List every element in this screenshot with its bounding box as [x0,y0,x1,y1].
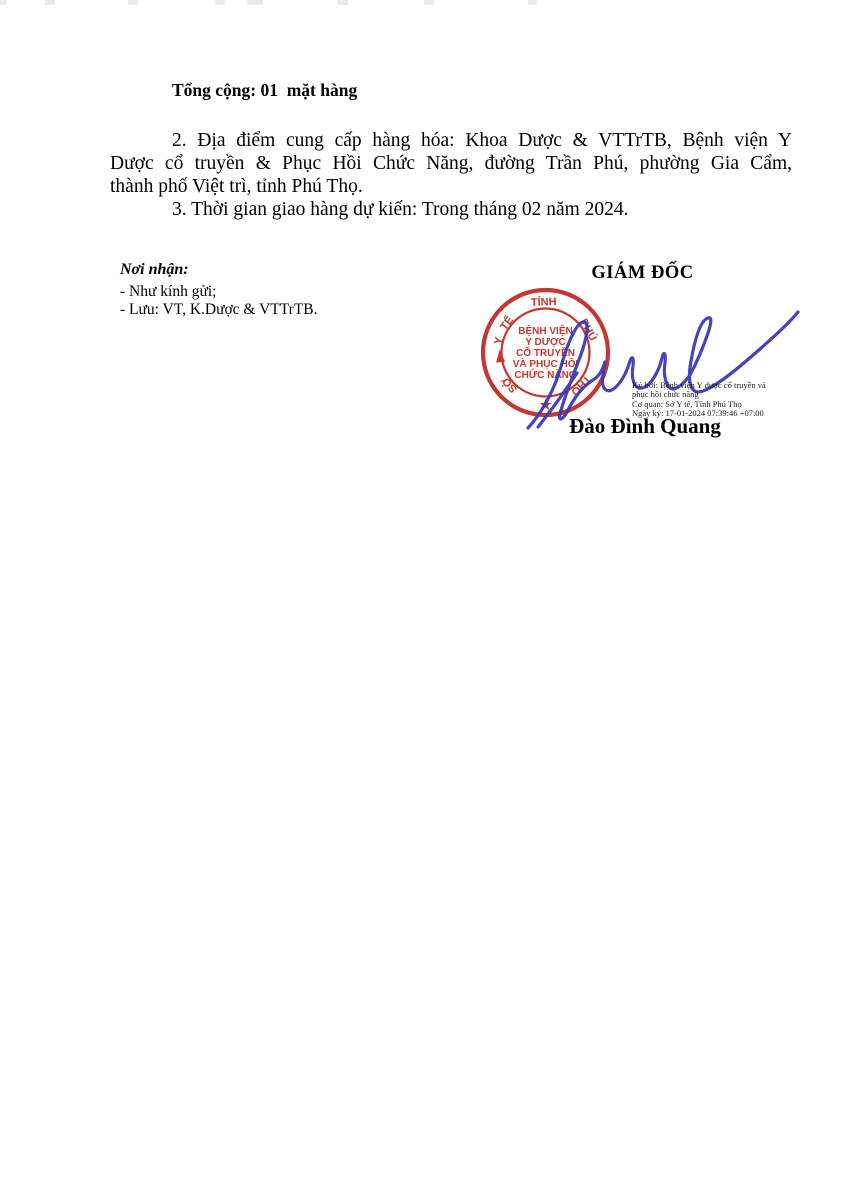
recipients-item: - Lưu: VT, K.Dược & VTTrTB. [120,301,318,319]
scan-artifact [215,0,225,5]
body-line-2: Dược cổ truyền & Phục Hồi Chức Năng, đườ… [110,152,792,175]
scan-artifact [45,0,55,5]
body-line-4: 3. Thời gian giao hàng dự kiến: Trong th… [172,198,629,221]
recipients-heading: Nơi nhận: [120,261,189,279]
body-line-1: 2. Địa điểm cung cấp hàng hóa: Khoa Dược… [172,129,792,152]
scan-artifact [0,0,6,5]
digital-signature-details: Ký bởi: Bệnh viện Y dược cổ truyền và ph… [632,381,792,418]
body-line-3: thành phố Việt trì, tỉnh Phú Thọ. [110,175,363,198]
scan-artifact [528,0,537,5]
total-items-line: Tổng cộng: 01 mặt hàng [172,80,357,101]
document-page: { "summary": { "total_line": "Tổng cộng:… [0,0,849,1200]
recipients-item: - Như kính gửi; [120,283,216,301]
scan-artifact [128,0,138,5]
scan-artifact [338,0,348,5]
scan-artifact [247,0,263,5]
director-title: GIÁM ĐỐC [570,263,715,284]
scan-artifact [424,0,434,5]
signer-name: Đào Đình Quang [545,414,745,439]
